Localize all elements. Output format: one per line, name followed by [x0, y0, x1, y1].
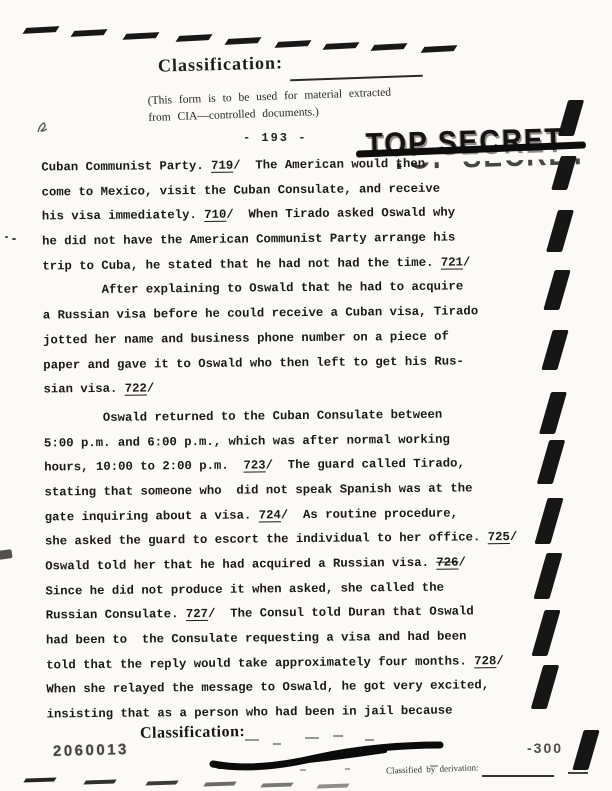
footnote-ref: 726 — [436, 556, 458, 570]
footnote-ref: 727 — [186, 607, 208, 621]
footnote-ref: 719 — [211, 159, 233, 173]
body-text: Cuban Communist Party. 719/ The American… — [41, 151, 566, 728]
classification-blank-line — [290, 75, 423, 82]
hash-mark — [23, 777, 56, 782]
body-line: insisting that as a person who had been … — [47, 698, 567, 728]
footnote-ref: 722 — [125, 382, 147, 396]
hash-mark — [83, 779, 116, 784]
page-number: - 193 - — [243, 131, 307, 145]
derivation-blank-line — [482, 775, 554, 777]
hash-mark — [70, 29, 107, 37]
hash-mark — [260, 782, 293, 787]
scan-speck — [12, 238, 16, 240]
hash-mark — [22, 26, 59, 34]
hash-mark — [572, 730, 599, 770]
page-stamp-number: -300 — [527, 740, 563, 756]
body-line: sian visa. 722/ — [43, 373, 563, 403]
scan-smudge — [0, 549, 13, 560]
footnote-ref: 721 — [441, 255, 463, 269]
pen-mark-artifact — [36, 120, 50, 136]
hash-mark — [322, 42, 359, 50]
hash-mark — [203, 781, 236, 786]
serial-number: 2060013 — [53, 741, 129, 760]
hash-mark — [274, 40, 311, 48]
hash-mark — [145, 780, 178, 785]
body-line: she asked the guard to escort the indivi… — [45, 525, 565, 555]
classified-by-derivation-label: Classified by derivation: — [386, 762, 479, 775]
body-line: When she relayed the message to Oswald, … — [46, 673, 566, 703]
hash-mark — [420, 45, 457, 53]
scanned-document-page: Classification: (This form is to be used… — [0, 0, 612, 791]
scan-speck — [5, 236, 8, 238]
footnote-ref: 723 — [243, 459, 265, 473]
hash-mark — [316, 783, 349, 788]
derivation-dash-mark — [568, 772, 588, 774]
footnote-ref: 728 — [474, 654, 496, 668]
footnote-ref: 725 — [488, 530, 510, 544]
classification-header-label: Classification: — [158, 52, 284, 76]
hash-mark — [370, 43, 407, 51]
hash-mark — [175, 34, 212, 42]
footnote-ref: 724 — [259, 508, 281, 522]
form-usage-note: (This form is to be used for material ex… — [147, 83, 438, 127]
footnote-ref: 710 — [204, 208, 226, 222]
hash-mark — [122, 32, 159, 40]
hash-mark — [224, 37, 261, 45]
